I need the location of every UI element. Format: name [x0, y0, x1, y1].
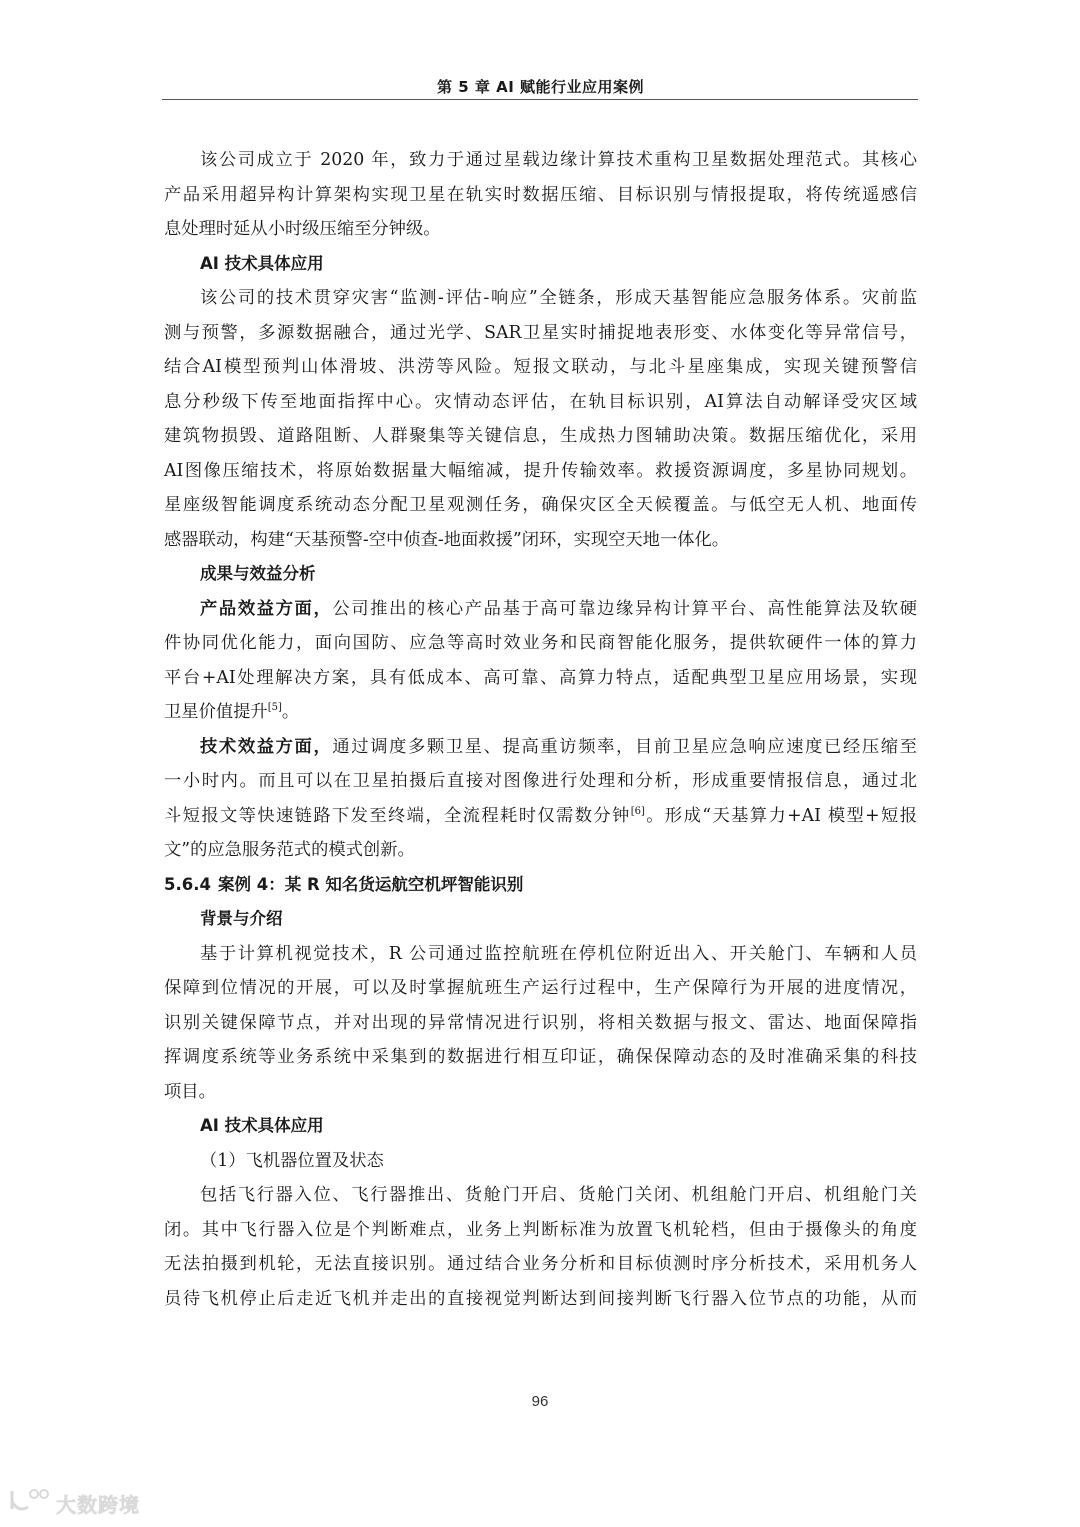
- text-line: 星座级智能调度系统动态分配卫星观测任务，确保灾区全天候覆盖。与低空无人机、地面传: [164, 488, 917, 523]
- subhead-ai-application: AI 技术具体应用: [164, 247, 917, 282]
- text-line: 产品采用超异构计算架构实现卫星在轨实时数据压缩、目标识别与情报提取，将传统遥感信: [164, 178, 917, 213]
- text-line: 件协同优化能力，面向国防、应急等高时效业务和民商智能化服务，提供软硬件一体的算力: [164, 626, 917, 661]
- subhead-background: 背景与介绍: [164, 902, 917, 937]
- text-line: 项目。: [164, 1075, 917, 1110]
- text-line: 技术效益方面，通过调度多颗卫星、提高重访频率，目前卫星应急响应速度已经压缩至: [164, 730, 917, 765]
- citation-ref: [6]: [631, 806, 645, 817]
- text-line: 结合AI模型预判山体滑坡、洪涝等风险。短报文联动，与北斗星座集成，实现关键预警信: [164, 350, 917, 385]
- text-line: 平台+AI处理解决方案，具有低成本、高可靠、高算力特点，适配典型卫星应用场景，实…: [164, 661, 917, 696]
- subhead-ai-application-2: AI 技术具体应用: [164, 1109, 917, 1144]
- text-line: 无法拍摄到机轮，无法直接识别。通过结合业务分析和目标侦测时序分析技术，采用机务人: [164, 1247, 917, 1282]
- text-run: 斗短报文等快速链路下发至终端，全流程耗时仅需数分钟: [164, 806, 631, 826]
- text-line: 产品效益方面，公司推出的核心产品基于高可靠边缘异构计算平台、高性能算法及软硬: [164, 592, 917, 627]
- text-line: 息处理时延从小时级压缩至分钟级。: [164, 212, 917, 247]
- lead-bold-label: 产品效益方面，: [200, 599, 332, 619]
- section-number: 5.6.4: [164, 868, 218, 903]
- text-run: 公司推出的核心产品基于高可靠边缘异构计算平台、高性能算法及软硬: [332, 599, 917, 619]
- text-line: 测与预警，多源数据融合，通过光学、SAR卫星实时捕捉地表形变、水体变化等异常信号…: [164, 316, 917, 351]
- text-line: 挥调度系统等业务系统中采集到的数据进行相互印证，确保保障动态的及时准确采集的科技: [164, 1040, 917, 1075]
- paragraph-ai-application: 该公司的技术贯穿灾害“监测-评估-响应”全链条，形成天基智能应急服务体系。灾前监…: [164, 281, 917, 557]
- text-line: 斗短报文等快速链路下发至终端，全流程耗时仅需数分钟[6]。形成“天基算力+AI …: [164, 799, 917, 834]
- text-line: 保障到位情况的开展，可以及时掌握航班生产运行过程中，生产保障行为开展的进度情况，: [164, 971, 917, 1006]
- paragraph-product-benefit: 产品效益方面，公司推出的核心产品基于高可靠边缘异构计算平台、高性能算法及软硬 件…: [164, 592, 917, 730]
- text-line: 闭。其中飞行器入位是个判断难点，业务上判断标准为放置飞机轮档，但由于摄像头的角度: [164, 1213, 917, 1248]
- text-line: 基于计算机视觉技术，R 公司通过监控航班在停机位附近出入、开关舱门、车辆和人员: [164, 937, 917, 972]
- section-heading-5-6-4: 5.6.4案例 4：某 R 知名货运航空机坪智能识别: [164, 868, 917, 903]
- list-item-title: （1）飞机器位置及状态: [164, 1144, 917, 1179]
- text-line: 该公司的技术贯穿灾害“监测-评估-响应”全链条，形成天基智能应急服务体系。灾前监: [164, 281, 917, 316]
- paragraph-background: 基于计算机视觉技术，R 公司通过监控航班在停机位附近出入、开关舱门、车辆和人员 …: [164, 937, 917, 1110]
- paragraph-item-1: 包括飞行器入位、飞行器推出、货舱门开启、货舱门关闭、机组舱门开启、机组舱门关 闭…: [164, 1178, 917, 1316]
- watermark-text: 大数跨境: [56, 1489, 140, 1518]
- running-header-title: 第 5 章 AI 赋能行业应用案例: [164, 76, 917, 97]
- text-line: 员待飞机停止后走近飞机并走出的直接视觉判断达到间接判断飞行器入位节点的功能，从而: [164, 1282, 917, 1317]
- text-run: 通过调度多颗卫星、提高重访频率，目前卫星应急响应速度已经压缩至: [332, 737, 917, 757]
- text-line: 一小时内。而且可以在卫星拍摄后直接对图像进行处理和分析，形成重要情报信息，通过北: [164, 764, 917, 799]
- text-run: 。形成“天基算力+AI 模型+短报: [645, 806, 917, 826]
- page-body: 该公司成立于 2020 年，致力于通过星载边缘计算技术重构卫星数据处理范式。其核…: [164, 143, 917, 1316]
- text-line: 文”的应急服务范式的模式创新。: [164, 833, 917, 868]
- text-line: 包括飞行器入位、飞行器推出、货舱门开启、货舱门关闭、机组舱门开启、机组舱门关: [164, 1178, 917, 1213]
- header-rule: [162, 99, 918, 100]
- lead-bold-label: 技术效益方面，: [200, 737, 332, 757]
- text-line: AI图像压缩技术，将原始数据量大幅缩减，提升传输效率。救援资源调度，多星协同规划…: [164, 454, 917, 489]
- paragraph-intro: 该公司成立于 2020 年，致力于通过星载边缘计算技术重构卫星数据处理范式。其核…: [164, 143, 917, 247]
- page-number: 96: [0, 1393, 1080, 1410]
- section-title: 案例 4：某 R 知名货运航空机坪智能识别: [218, 875, 523, 894]
- text-line: 息分秒级下传至地面指挥中心。灾情动态评估，在轨目标识别，AI算法自动解译受灾区域: [164, 385, 917, 420]
- text-run: 卫星价值提升: [164, 702, 268, 722]
- watermark-logo-icon: [8, 1487, 52, 1519]
- watermark: 大数跨境: [8, 1487, 140, 1519]
- text-line: 该公司成立于 2020 年，致力于通过星载边缘计算技术重构卫星数据处理范式。其核…: [164, 143, 917, 178]
- text-line: 建筑物损毁、道路阻断、人群聚集等关键信息，生成热力图辅助决策。数据压缩优化，采用: [164, 419, 917, 454]
- citation-ref: [5]: [268, 702, 282, 713]
- text-line: 识别关键保障节点，并对出现的异常情况进行识别，将相关数据与报文、雷达、地面保障指: [164, 1006, 917, 1041]
- text-line: 卫星价值提升[5]。: [164, 695, 917, 730]
- paragraph-tech-benefit: 技术效益方面，通过调度多颗卫星、提高重访频率，目前卫星应急响应速度已经压缩至 一…: [164, 730, 917, 868]
- text-line: 感器联动，构建“天基预警-空中侦查-地面救援”闭环，实现空天地一体化。: [164, 523, 917, 558]
- text-run: 。: [282, 702, 299, 722]
- subhead-results-analysis: 成果与效益分析: [164, 557, 917, 592]
